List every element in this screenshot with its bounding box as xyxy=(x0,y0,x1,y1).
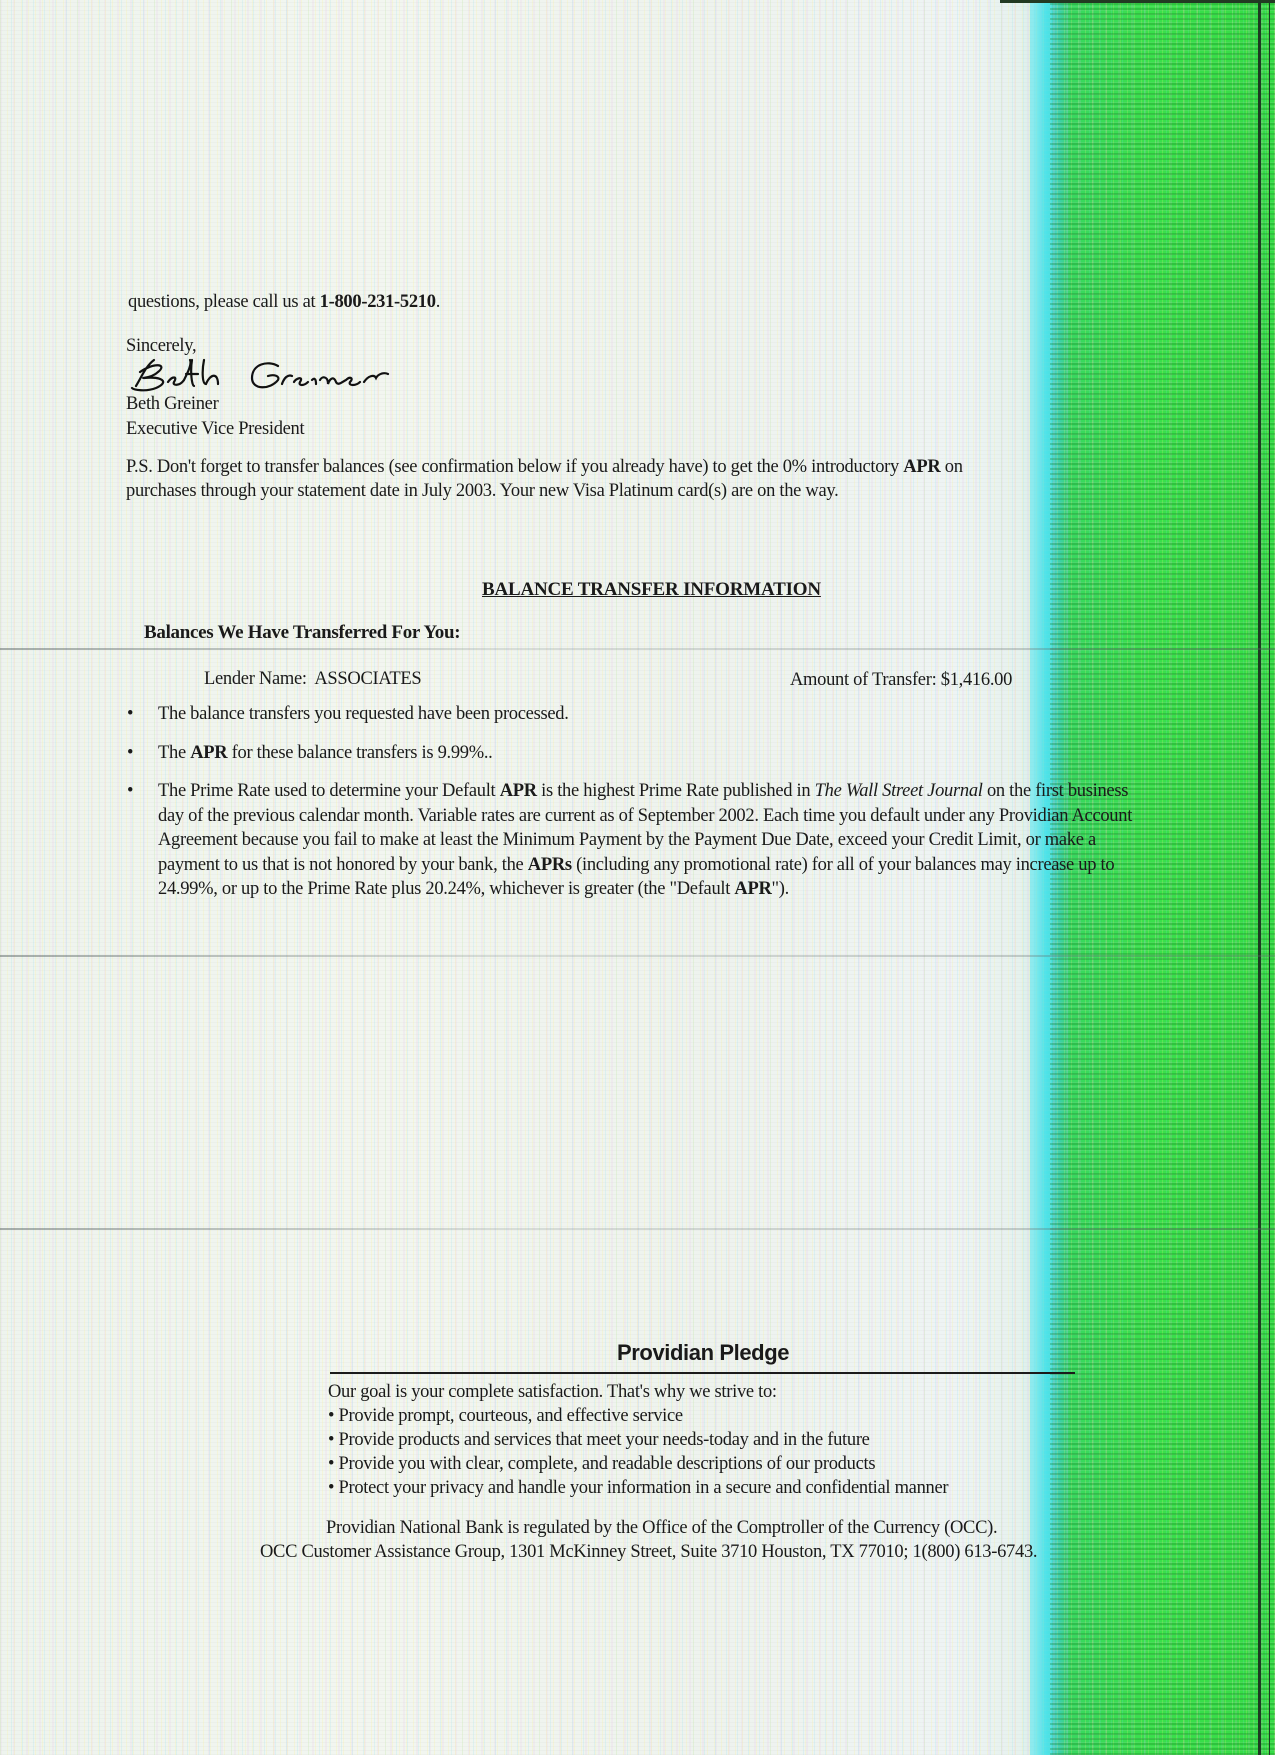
pledge-body: Our goal is your complete satisfaction. … xyxy=(328,1380,948,1500)
footer-line-2: OCC Customer Assistance Group, 1301 McKi… xyxy=(0,1540,1275,1564)
questions-line: questions, please call us at 1-800-231-5… xyxy=(128,290,440,314)
scan-edge-right-thin xyxy=(1269,0,1270,1755)
pledge-title: Providian Pledge xyxy=(617,1340,789,1366)
scan-edge-top xyxy=(1000,0,1275,3)
footer-line-1: Providian National Bank is regulated by … xyxy=(0,1516,1275,1540)
postscript-line-1: P.S. Don't forget to transfer balances (… xyxy=(126,455,1166,479)
regulatory-footer: Providian National Bank is regulated by … xyxy=(0,1516,1275,1564)
aprs-bold: APRs xyxy=(528,855,572,875)
transfer-amount: Amount of Transfer: $1,416.00 xyxy=(790,668,1012,692)
amount-label: Amount of Transfer: xyxy=(790,670,936,690)
paper-fold-line xyxy=(0,955,1275,957)
pledge-item: • Protect your privacy and handle your i… xyxy=(328,1476,948,1500)
balances-transferred-subheading: Balances We Have Transferred For You: xyxy=(144,622,460,644)
list-item: • The balance transfers you requested ha… xyxy=(124,702,1144,727)
postscript: P.S. Don't forget to transfer balances (… xyxy=(126,455,1166,503)
publication-title: The Wall Street Journal xyxy=(815,781,983,801)
lender-label: Lender Name: xyxy=(204,669,307,689)
paper-fold-line xyxy=(0,648,1275,650)
phone-number: 1-800-231-5210 xyxy=(320,292,436,312)
bullet-icon: • xyxy=(127,779,133,804)
pledge-intro: Our goal is your complete satisfaction. … xyxy=(328,1380,948,1404)
amount-value: $1,416.00 xyxy=(941,670,1012,690)
apr-bold: APR xyxy=(734,879,771,899)
note-text: for these balance transfers is 9.99%.. xyxy=(227,743,492,763)
scan-edge-right xyxy=(1258,0,1261,1755)
pledge-item: • Provide prompt, courteous, and effecti… xyxy=(328,1404,948,1428)
balance-transfer-notes: • The balance transfers you requested ha… xyxy=(124,702,1144,916)
pledge-list: • Provide prompt, courteous, and effecti… xyxy=(328,1404,948,1500)
apr-bold: APR xyxy=(500,781,537,801)
bullet-icon: • xyxy=(127,741,133,766)
signer-name: Beth Greiner xyxy=(126,392,218,416)
lender-value: ASSOCIATES xyxy=(314,669,421,689)
paper-fold-line xyxy=(0,1228,1275,1230)
pledge-divider xyxy=(330,1372,1075,1374)
note-text: "). xyxy=(772,879,789,899)
note-text: The xyxy=(158,743,190,763)
questions-period: . xyxy=(436,292,440,312)
lender-name: Lender Name: ASSOCIATES xyxy=(204,667,421,691)
questions-text: questions, please call us at xyxy=(128,292,320,312)
signature-image: Beth Greiner xyxy=(128,352,398,397)
list-item: • The APR for these balance transfers is… xyxy=(124,741,1144,766)
signer-title: Executive Vice President xyxy=(126,417,304,441)
pledge-item: • Provide you with clear, complete, and … xyxy=(328,1452,948,1476)
postscript-line-2: purchases through your statement date in… xyxy=(126,479,1166,503)
pledge-item: • Provide products and services that mee… xyxy=(328,1428,948,1452)
postscript-text: P.S. Don't forget to transfer balances (… xyxy=(126,457,903,477)
note-text: is the highest Prime Rate published in xyxy=(537,781,815,801)
note-text: The balance transfers you requested have… xyxy=(158,704,569,724)
list-item: • The Prime Rate used to determine your … xyxy=(124,779,1144,902)
postscript-text: on xyxy=(940,457,962,477)
apr-bold: APR xyxy=(190,743,227,763)
svg-text:Beth Greiner: Beth Greiner xyxy=(128,352,134,353)
note-text: The Prime Rate used to determine your De… xyxy=(158,781,500,801)
balance-transfer-heading: BALANCE TRANSFER INFORMATION xyxy=(482,579,821,601)
bullet-icon: • xyxy=(127,702,133,727)
apr-bold: APR xyxy=(903,457,940,477)
